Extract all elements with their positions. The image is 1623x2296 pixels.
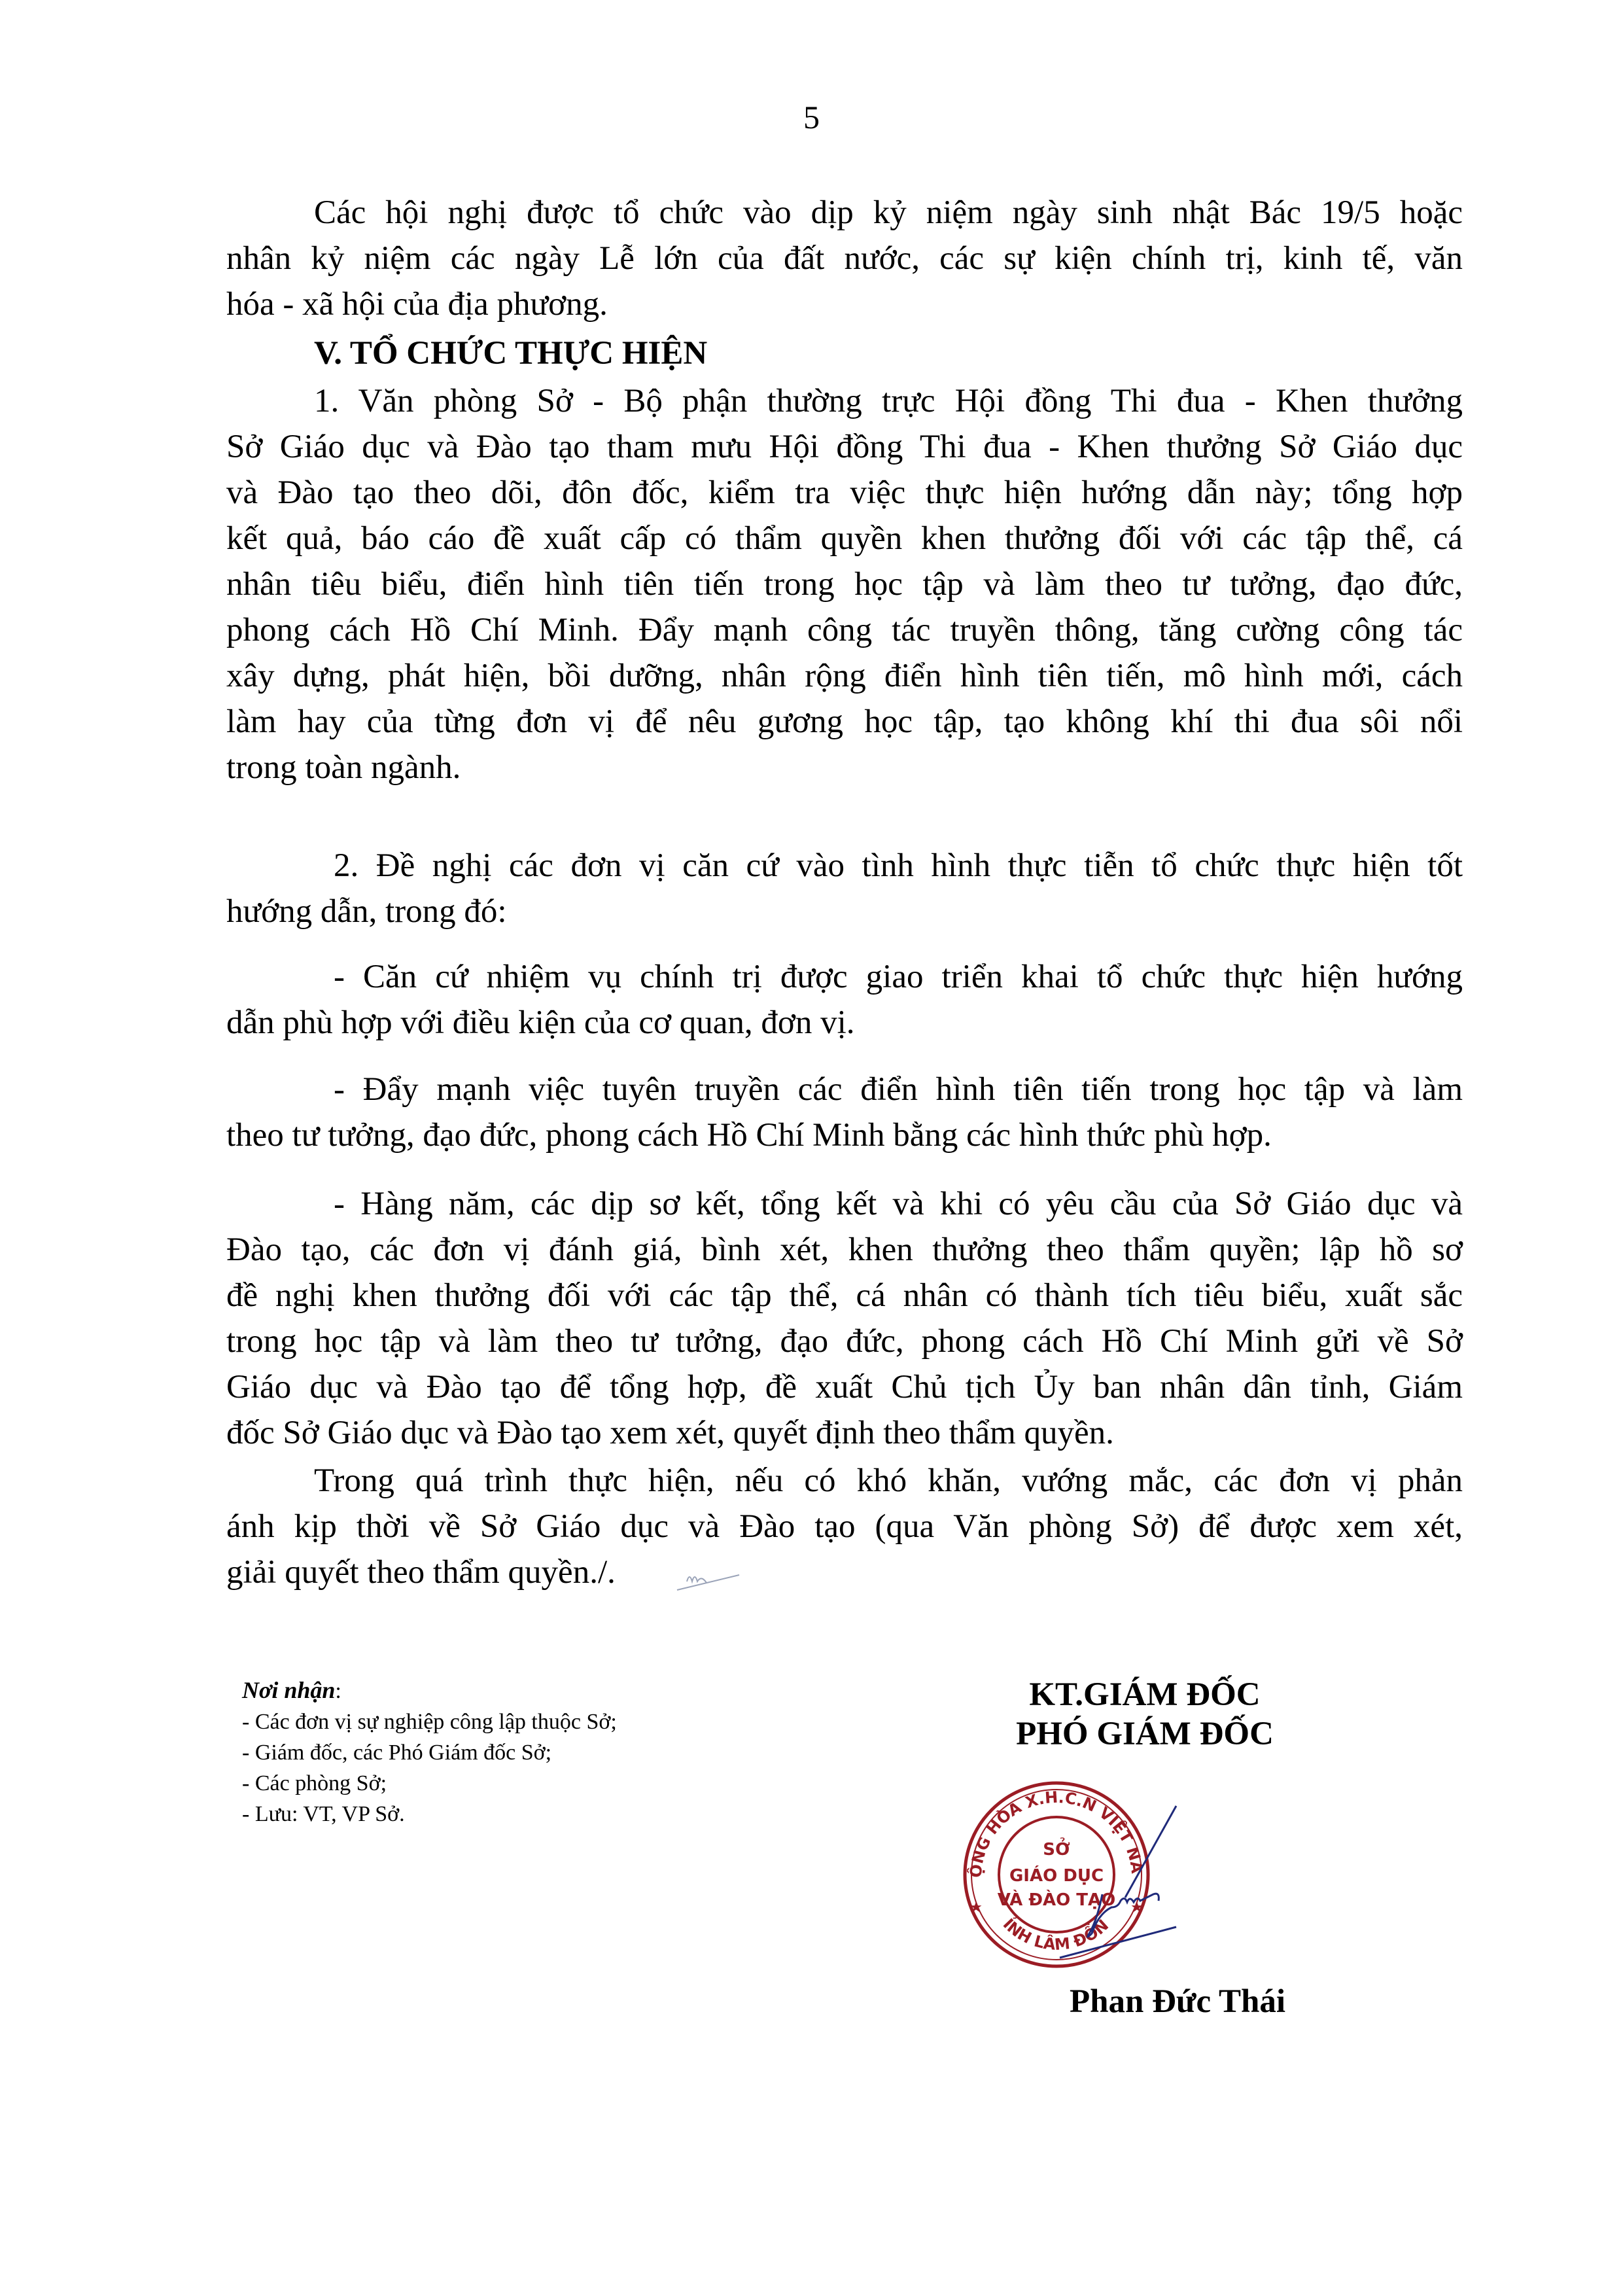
official-seal-icon: CỘNG HÒA X.H.C.N VIỆT NAM TỈNH LÂM ĐỒNG … [942, 1767, 1178, 1969]
text-line: - Hàng năm, các dịp sơ kết, tổng kết và … [226, 1181, 1463, 1227]
text-line: nhân kỷ niệm các ngày Lễ lớn của đất nướ… [226, 236, 1463, 281]
text-line: Giáo dục và Đào tạo để tổng hợp, đề xuất… [226, 1364, 1463, 1410]
svg-text:SỞ: SỞ [1043, 1836, 1070, 1860]
signature-title-2: PHÓ GIÁM ĐỐC [968, 1714, 1321, 1754]
text-line: - Căn cứ nhiệm vụ chính trị được giao tr… [226, 954, 1463, 1000]
text-line: ánh kịp thời về Sở Giáo dục và Đào tạo (… [226, 1504, 1463, 1549]
recipients-block: Nơi nhận: - Các đơn vị sự nghiệp công lậ… [242, 1675, 617, 1829]
text-line: làm hay của từng đơn vị để nêu gương học… [226, 699, 1463, 745]
text-line: đề nghị khen thưởng đối với các tập thể,… [226, 1273, 1463, 1318]
recipient-item: - Các phòng Sở; [242, 1768, 617, 1799]
svg-text:★: ★ [969, 1899, 983, 1916]
text-line: xây dựng, phát hiện, bồi dưỡng, nhân rộn… [226, 653, 1463, 699]
text-line: hóa - xã hội của địa phương. [226, 281, 1463, 327]
text-line: 1. Văn phòng Sở - Bộ phận thường trực Hộ… [226, 378, 1463, 424]
text-line: - Đẩy mạnh việc tuyên truyền các điển hì… [226, 1067, 1463, 1112]
text-line: Đào tạo, các đơn vị đánh giá, bình xét, … [226, 1227, 1463, 1273]
signature-title-1: KT.GIÁM ĐỐC [968, 1675, 1321, 1714]
bullet-3: - Hàng năm, các dịp sơ kết, tổng kết và … [226, 1181, 1463, 1456]
text-line: phong cách Hồ Chí Minh. Đẩy mạnh công tá… [226, 607, 1463, 653]
section-heading: V. TỔ CHỨC THỰC HIỆN [314, 330, 707, 376]
text-line: và Đào tạo theo dõi, đôn đốc, kiểm tra v… [226, 470, 1463, 516]
recipient-item: - Các đơn vị sự nghiệp công lập thuộc Sở… [242, 1706, 617, 1737]
text-line: 2. Đề nghị các đơn vị căn cứ vào tình hì… [226, 843, 1463, 889]
page-number: 5 [0, 98, 1623, 136]
signer-name: Phan Đức Thái [994, 1983, 1361, 2021]
bullet-1: - Căn cứ nhiệm vụ chính trị được giao tr… [226, 954, 1463, 1046]
text-line: Sở Giáo dục và Đào tạo tham mưu Hội đồng… [226, 424, 1463, 470]
text-line: đốc Sở Giáo dục và Đào tạo xem xét, quyế… [226, 1410, 1463, 1456]
text-line: hướng dẫn, trong đó: [226, 889, 1463, 934]
initials-mark-icon [674, 1567, 746, 1593]
paragraph-item-1: 1. Văn phòng Sở - Bộ phận thường trực Hộ… [226, 378, 1463, 790]
signature-title-block: KT.GIÁM ĐỐC PHÓ GIÁM ĐỐC [968, 1675, 1321, 1754]
recipients-title: Nơi nhận [242, 1677, 335, 1703]
text-line: dẫn phù hợp với điều kiện của cơ quan, đ… [226, 1000, 1463, 1046]
text-line: theo tư tưởng, đạo đức, phong cách Hồ Ch… [226, 1112, 1463, 1158]
text-line: Trong quá trình thực hiện, nếu có khó kh… [226, 1458, 1463, 1504]
text-line: nhân tiêu biểu, điển hình tiên tiến tron… [226, 561, 1463, 607]
recipients-heading: Nơi nhận: [242, 1675, 617, 1706]
text-line: Các hội nghị được tổ chức vào dịp kỷ niệ… [226, 190, 1463, 236]
paragraph-closing: Trong quá trình thực hiện, nếu có khó kh… [226, 1458, 1463, 1595]
text-line: giải quyết theo thẩm quyền./. [226, 1549, 1463, 1595]
text-line: trong toàn ngành. [226, 745, 1463, 790]
text-line: kết quả, báo cáo đề xuất cấp có thẩm quy… [226, 516, 1463, 561]
paragraph-intro: Các hội nghị được tổ chức vào dịp kỷ niệ… [226, 190, 1463, 327]
recipient-item: - Giám đốc, các Phó Giám đốc Sở; [242, 1737, 617, 1768]
recipient-item: - Lưu: VT, VP Sở. [242, 1799, 617, 1829]
paragraph-item-2: 2. Đề nghị các đơn vị căn cứ vào tình hì… [226, 843, 1463, 934]
svg-text:VÀ ĐÀO TẠO: VÀ ĐÀO TẠO [998, 1889, 1116, 1910]
bullet-2: - Đẩy mạnh việc tuyên truyền các điển hì… [226, 1067, 1463, 1158]
svg-text:GIÁO DỤC: GIÁO DỤC [1009, 1865, 1104, 1886]
text-line: trong học tập và làm theo tư tưởng, đạo … [226, 1318, 1463, 1364]
